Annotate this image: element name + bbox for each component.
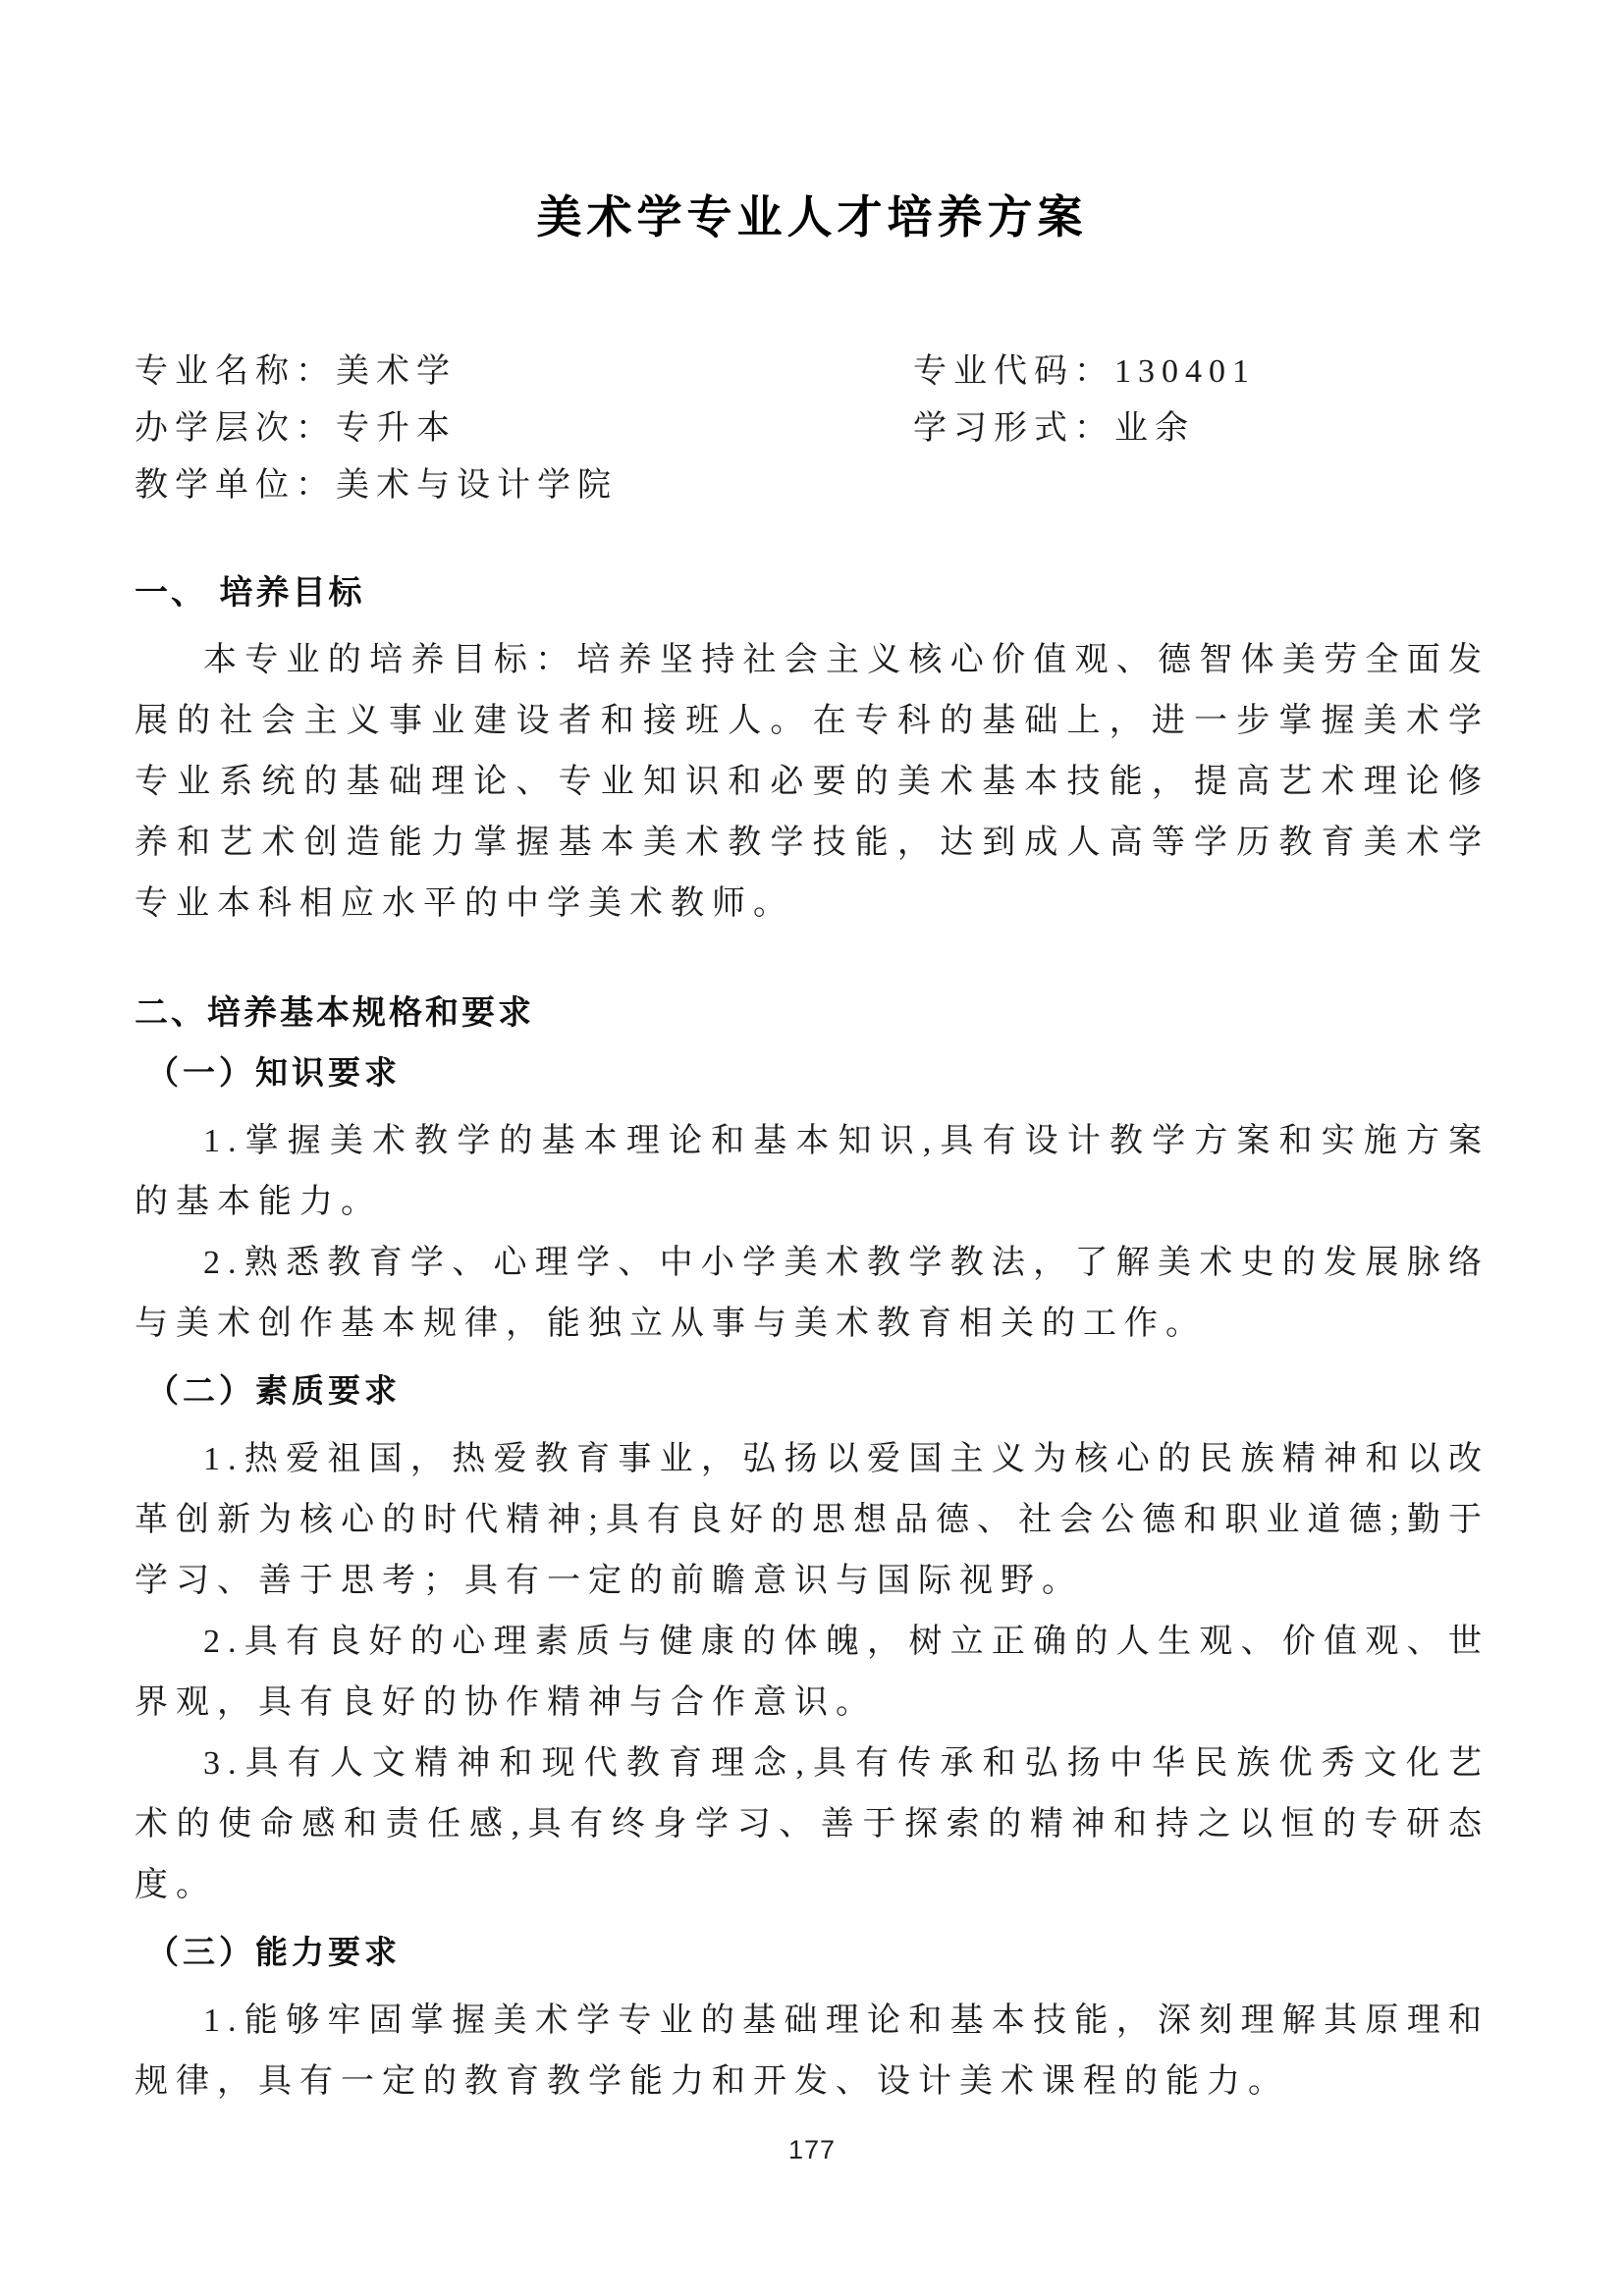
quality-item: 1.热爱祖国，热爱教育事业，弘扬以爱国主义为核心的民族精神和以改革创新为核心的时… <box>135 1429 1489 1612</box>
teaching-unit-label: 教学单位： <box>135 467 336 504</box>
study-level-label: 办学层次： <box>135 410 336 447</box>
objectives-paragraph: 本专业的培养目标：培养坚持社会主义核心价值观、德智体美劳全面发展的社会主义事业建… <box>135 630 1489 934</box>
subsection-heading-quality: （二）素质要求 <box>135 1366 1489 1417</box>
study-form-label: 学习形式： <box>913 410 1114 447</box>
info-row-teaching-unit: 教学单位：美术与设计学院 <box>135 457 913 514</box>
page-number: 177 <box>0 2132 1624 2167</box>
knowledge-items: 1.掌握美术教学的基本理论和基本知识,具有设计教学方案和实施方案的基本能力。 2… <box>135 1111 1489 1355</box>
major-name-value: 美术学 <box>336 353 457 390</box>
program-info: 专业名称：美术学 专业代码：130401 办学层次：专升本 学习形式：业余 教学… <box>135 344 1489 514</box>
info-row-study-level: 办学层次：专升本 <box>135 400 913 457</box>
teaching-unit-value: 美术与设计学院 <box>336 467 618 504</box>
info-row-study-form: 学习形式：业余 <box>913 400 1489 457</box>
section-heading-objectives: 一、 培养目标 <box>135 569 1489 616</box>
ability-items: 1.能够牢固掌握美术学专业的基础理论和基本技能，深刻理解其原理和规律，具有一定的… <box>135 1991 1489 2112</box>
major-code-label: 专业代码： <box>913 353 1114 390</box>
subsection-heading-ability: （三）能力要求 <box>135 1928 1489 1979</box>
info-row-major-name: 专业名称：美术学 <box>135 344 913 400</box>
study-form-value: 业余 <box>1114 410 1195 447</box>
study-level-value: 专升本 <box>336 410 457 447</box>
knowledge-item: 1.掌握美术教学的基本理论和基本知识,具有设计教学方案和实施方案的基本能力。 <box>135 1111 1489 1233</box>
major-code-value: 130401 <box>1114 353 1256 390</box>
quality-item: 3.具有人文精神和现代教育理念,具有传承和弘扬中华民族优秀文化艺术的使命感和责任… <box>135 1734 1489 1916</box>
document-title: 美术学专业人才培养方案 <box>135 187 1489 249</box>
quality-items: 1.热爱祖国，热爱教育事业，弘扬以爱国主义为核心的民族精神和以改革创新为核心的时… <box>135 1429 1489 1916</box>
document-page: 美术学专业人才培养方案 专业名称：美术学 专业代码：130401 办学层次：专升… <box>0 0 1624 2296</box>
info-row-empty <box>913 457 1489 514</box>
ability-item: 1.能够牢固掌握美术学专业的基础理论和基本技能，深刻理解其原理和规律，具有一定的… <box>135 1991 1489 2112</box>
info-row-major-code: 专业代码：130401 <box>913 344 1489 400</box>
quality-item: 2.具有良好的心理素质与健康的体魄，树立正确的人生观、价值观、世界观，具有良好的… <box>135 1612 1489 1734</box>
section-heading-requirements: 二、培养基本规格和要求 <box>135 989 1489 1037</box>
major-name-label: 专业名称： <box>135 353 336 390</box>
subsection-heading-knowledge: （一）知识要求 <box>135 1048 1489 1099</box>
knowledge-item: 2.熟悉教育学、心理学、中小学美术教学教法，了解美术史的发展脉络与美术创作基本规… <box>135 1233 1489 1355</box>
